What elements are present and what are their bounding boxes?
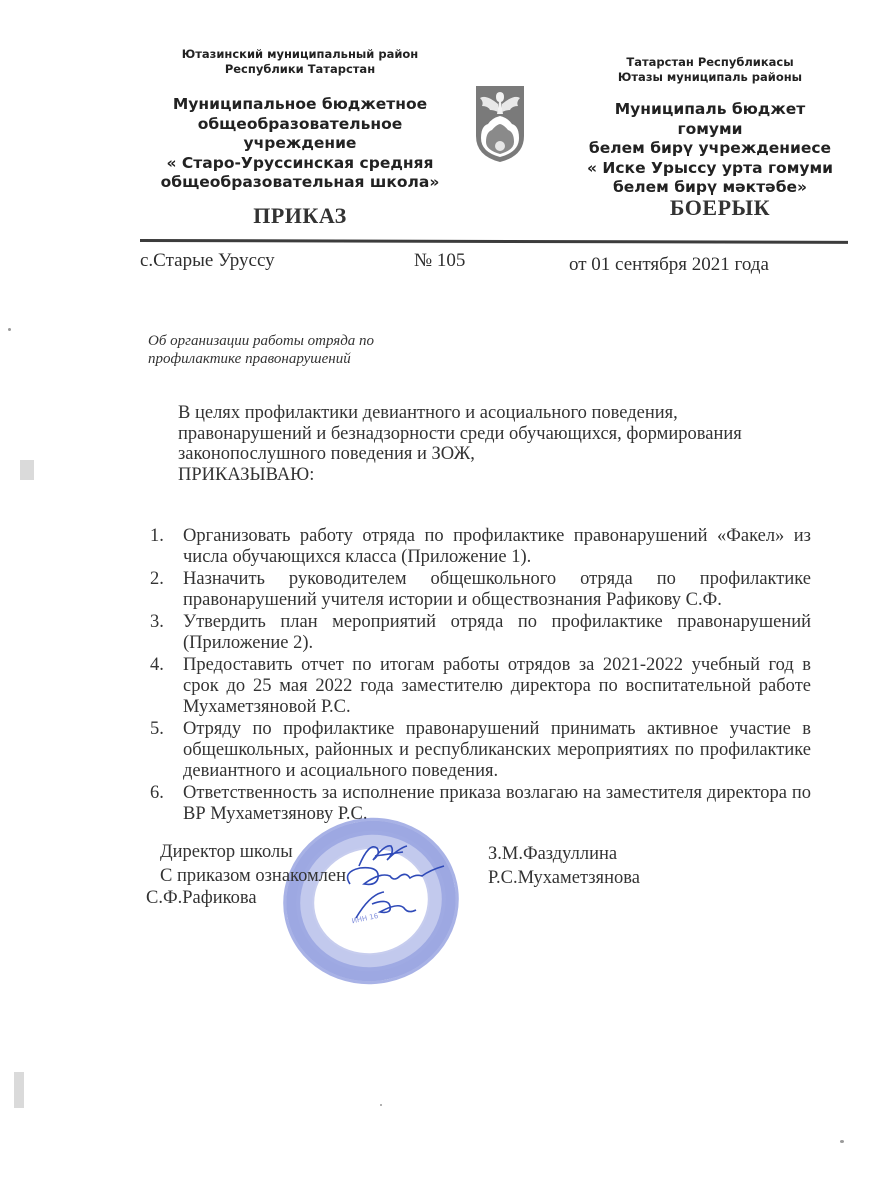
preamble-line3: законопослушного поведения и ЗОЖ,: [178, 444, 742, 465]
preamble-line1: В целях профилактики девиантного и асоци…: [178, 403, 742, 424]
doc-type-tt: БОЕРЫК: [620, 195, 820, 221]
item-number: 4.: [150, 655, 164, 676]
item-number: 5.: [150, 719, 164, 740]
left-district-line2: Республики Татарстан: [150, 62, 450, 77]
order-item: 5. Отряду по профилактике правонарушений…: [150, 719, 811, 782]
item-number: 3.: [150, 612, 164, 633]
preamble: В целях профилактики девиантного и асоци…: [178, 403, 742, 485]
left-org-line4: « Старо-Уруссинская средняя: [140, 154, 460, 174]
order-subject: Об организации работы отряда по профилак…: [148, 332, 374, 368]
scan-artifact-mark: [20, 460, 34, 480]
director-label: Директор школы: [160, 842, 293, 863]
order-item: 3.Утвердить план мероприятий отряда по п…: [150, 612, 811, 654]
left-org-line5: общеобразовательная школа»: [140, 173, 460, 193]
right-org-line1: Муниципаль бюджет гомуми: [580, 100, 840, 139]
order-word: ПРИКАЗЫВАЮ:: [178, 465, 742, 486]
item-text: Назначить руководителем общешкольного от…: [183, 569, 811, 610]
right-org-name: Муниципаль бюджет гомуми белем бирү учре…: [580, 100, 840, 198]
right-district-line1: Татарстан Республикасы: [590, 55, 830, 70]
doc-type-ru: ПРИКАЗ: [200, 203, 400, 229]
item-number: 6.: [150, 783, 164, 804]
right-org-line2: белем бирү учреждениесе: [580, 139, 840, 159]
left-org-name: Муниципальное бюджетное общеобразователь…: [140, 95, 460, 193]
left-district-line1: Ютазинский муниципальный район: [150, 47, 450, 62]
acquainted-label: С приказом ознакомлен: [160, 866, 346, 887]
left-org-line1: Муниципальное бюджетное: [140, 95, 460, 115]
left-org-line3: учреждение: [140, 134, 460, 154]
right-org-line3: « Иске Урыссу урта гомуми: [580, 159, 840, 179]
left-org-line2: общеобразовательное: [140, 115, 460, 135]
right-district: Татарстан Республикасы Ютазы муниципаль …: [590, 55, 830, 85]
order-item: 1.Организовать работу отряда по профилак…: [150, 526, 811, 568]
scan-speck: [380, 1104, 382, 1106]
subject-line1: Об организации работы отряда по: [148, 332, 374, 350]
item-text: Утвердить план мероприятий отряда по про…: [183, 612, 811, 653]
right-district-line2: Ютазы муниципаль районы: [590, 70, 830, 85]
scan-speck: [8, 328, 11, 331]
director-name: З.М.Фаздуллина: [488, 844, 617, 865]
header-divider: [140, 239, 848, 244]
item-text: Ответственность за исполнение приказа во…: [183, 783, 811, 824]
left-district: Ютазинский муниципальный район Республик…: [150, 47, 450, 77]
acquainted-name-2: С.Ф.Рафикова: [146, 888, 257, 909]
order-item: 2.Назначить руководителем общешкольного …: [150, 569, 811, 611]
scan-speck: [840, 1140, 844, 1143]
item-number: 2.: [150, 569, 164, 590]
place: с.Старые Уруссу: [140, 250, 275, 272]
coat-of-arms-icon: [474, 84, 526, 164]
order-item: 6.Ответственность за исполнение приказа …: [150, 783, 811, 825]
preamble-line2: правонарушений и безнадзорности среди об…: [178, 424, 742, 445]
acquainted-name-1: Р.С.Мухаметзянова: [488, 868, 640, 889]
item-number: 1.: [150, 526, 164, 547]
order-items: 1.Организовать работу отряда по профилак…: [150, 526, 811, 826]
order-date: от 01 сентября 2021 года: [569, 254, 769, 276]
item-text: Организовать работу отряда по профилакти…: [183, 526, 811, 567]
scan-artifact-mark: [14, 1072, 24, 1108]
order-item: 4.Предоставить отчет по итогам работы от…: [150, 655, 811, 718]
subject-line2: профилактике правонарушений: [148, 350, 374, 368]
order-number: № 105: [414, 250, 465, 272]
signature-acquainted-2-icon: [350, 888, 420, 924]
item-text: Отряду по профилактике правонарушений пр…: [183, 719, 811, 781]
item-text: Предоставить отчет по итогам работы отря…: [183, 655, 811, 717]
